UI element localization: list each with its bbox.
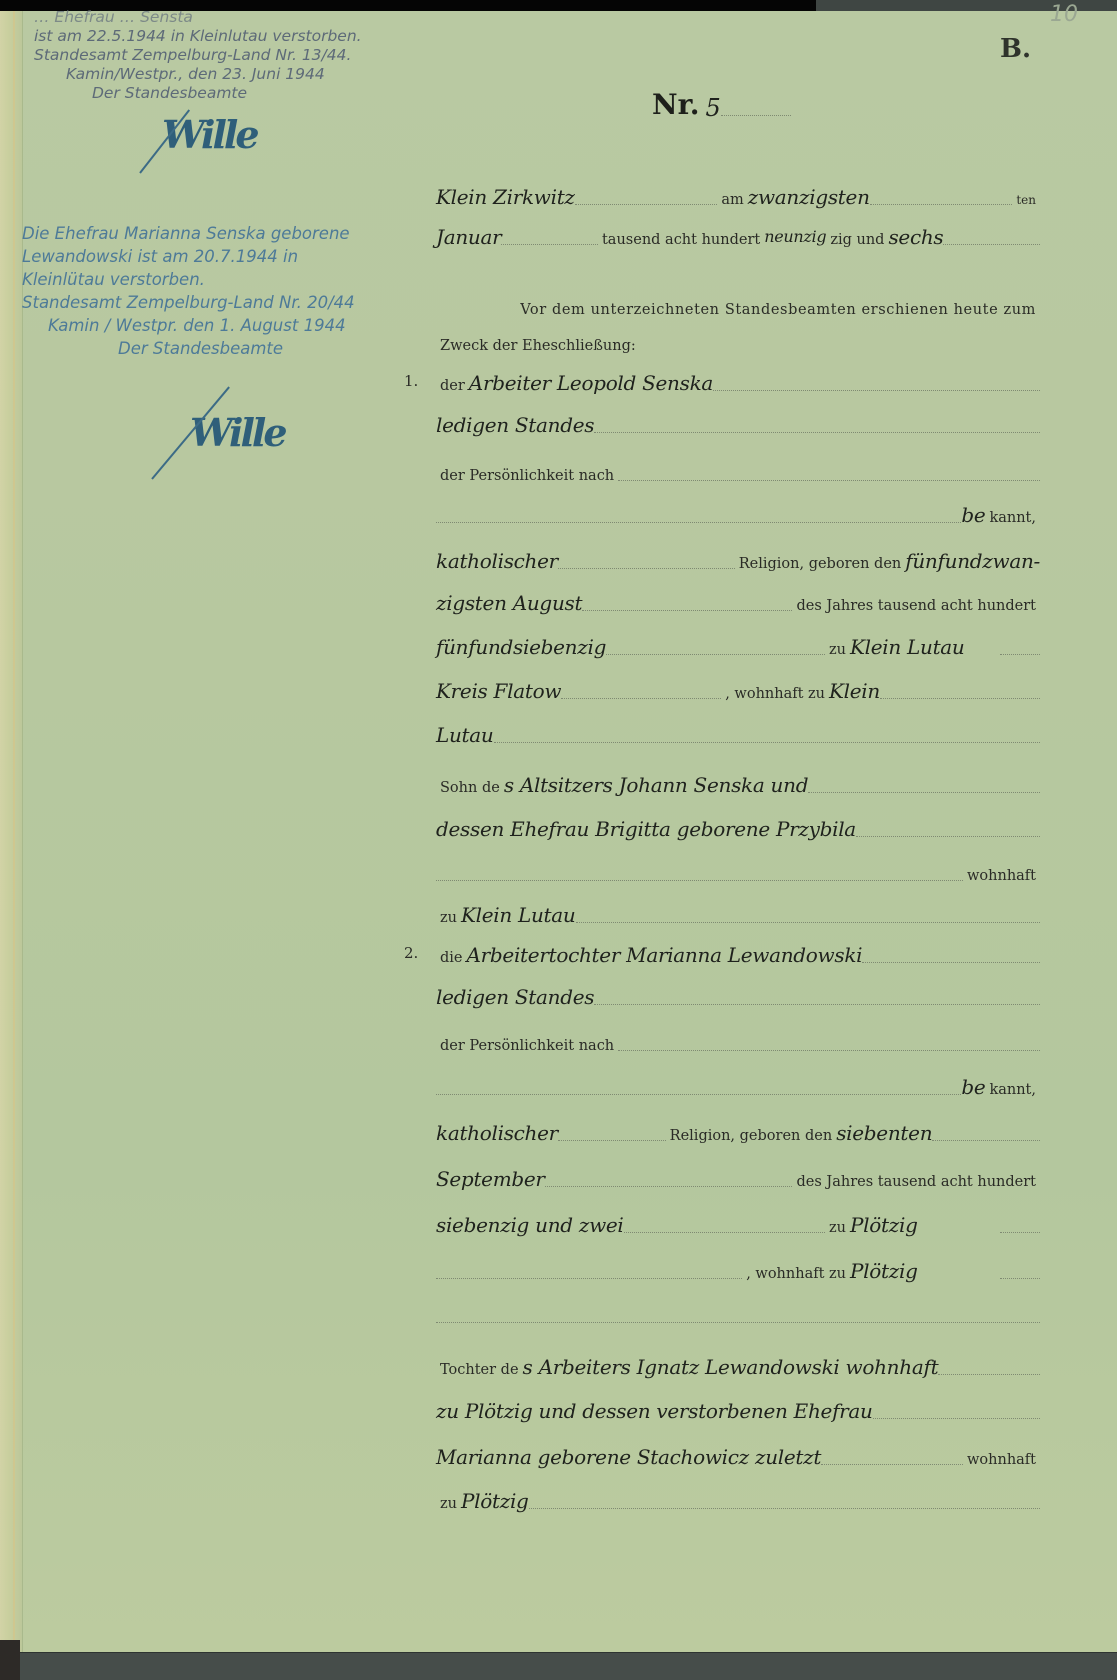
- bride-residence-row: , wohnhaft zu Plötzig: [436, 1250, 1040, 1284]
- identity-label: der Persönlichkeit nach: [436, 466, 618, 486]
- dotted-line: [558, 1139, 666, 1141]
- note-line: ist am 22.5.1944 in Kleinlutau verstorbe…: [34, 27, 434, 46]
- intro-line-2: Zweck der Eheschließung:: [436, 322, 1040, 356]
- year-unit-value: sechs: [888, 224, 943, 250]
- dotted-line: [494, 741, 1040, 743]
- residence-label: , wohnhaft zu: [721, 684, 829, 704]
- kannt-label: kannt,: [985, 1080, 1040, 1100]
- identity-label: der Persönlichkeit nach: [436, 1036, 618, 1056]
- dotted-line: [529, 1507, 1040, 1509]
- dotted-line: [821, 1463, 963, 1465]
- groom-residence-row: Kreis Flatow , wohnhaft zu Klein: [436, 670, 1040, 704]
- dotted-line: [1000, 1277, 1040, 1279]
- bride-birth-year: siebenzig und zwei: [436, 1212, 624, 1238]
- residence-label: , wohnhaft zu: [742, 1264, 850, 1284]
- dotted-line: [436, 879, 963, 881]
- zu-label: zu: [825, 640, 850, 660]
- dotted-line: [561, 697, 721, 699]
- dotted-line: [808, 791, 1040, 793]
- dotted-line: [624, 1231, 825, 1233]
- zu-label: zu: [825, 1218, 850, 1238]
- groom-number: 1.: [404, 372, 418, 390]
- groom-residence: Klein: [829, 678, 880, 704]
- bride-birth-month: September: [436, 1166, 545, 1192]
- place-value: Klein Zirkwitz: [436, 184, 575, 210]
- year-prefix-label: tausend acht hundert: [598, 230, 764, 250]
- dotted-line: [618, 479, 1040, 481]
- groom-religion-row: katholischer Religion, geboren den fünfu…: [436, 540, 1040, 574]
- note-line: Standesamt Zempelburg-Land Nr. 20/44: [22, 291, 442, 314]
- note-line: Kamin / Westpr. den 1. August 1944: [22, 314, 442, 337]
- bride-name-row: die Arbeitertochter Marianna Lewandowski: [436, 934, 1040, 968]
- parents-label: Tochter de: [436, 1360, 523, 1380]
- dotted-line: [436, 1277, 742, 1279]
- year-label: des Jahres tausend acht hundert: [792, 1172, 1040, 1192]
- bride-parents-residence: Plötzig: [461, 1488, 529, 1514]
- groom-residence-cont: Lutau: [436, 722, 494, 748]
- bride-birth-year-row: siebenzig und zwei zu Plötzig: [436, 1204, 1040, 1238]
- groom-residence-row-2: Lutau: [436, 714, 1040, 748]
- month-year-row: Januar tausend acht hundert neunzig zig …: [436, 216, 1040, 250]
- groom-known-row: be kannt,: [436, 494, 1040, 528]
- bride-name: Arbeitertochter Marianna Lewandowski: [467, 942, 863, 968]
- groom-birth-year-row: fünfundsiebenzig zu Klein Lutau: [436, 626, 1040, 660]
- bride-number: 2.: [404, 944, 418, 962]
- bride-identity-row: der Persönlichkeit nach: [436, 1022, 1040, 1056]
- book-corner: [0, 1640, 20, 1680]
- page-bottom-shadow: [20, 1652, 1117, 1680]
- intro-text: Vor dem unterzeichneten Standesbeamten e…: [516, 300, 1040, 320]
- religion-label: Religion, geboren den: [735, 554, 906, 574]
- dotted-line: [1000, 653, 1040, 655]
- dotted-line: [1000, 1231, 1040, 1233]
- dotted-line: [594, 431, 1040, 433]
- groom-name: Arbeiter Leopold Senska: [469, 370, 713, 396]
- dotted-line: [576, 921, 1041, 923]
- nr-value: 5: [700, 95, 721, 121]
- groom-birth-month-row: zigsten August des Jahres tausend acht h…: [436, 582, 1040, 616]
- article-label: die: [436, 948, 467, 968]
- dotted-line: [713, 389, 1040, 391]
- groom-status-row: ledigen Standes: [436, 404, 1040, 438]
- dotted-line: [618, 1049, 1040, 1051]
- groom-parents-residence: Klein Lutau: [461, 902, 576, 928]
- dotted-line: [938, 1373, 1040, 1375]
- bride-status-row: ledigen Standes: [436, 976, 1040, 1010]
- bride-parents-residence-row: Marianna geborene Stachowicz zuletzt woh…: [436, 1436, 1040, 1470]
- dotted-line: [436, 1093, 961, 1095]
- dotted-line: [545, 1185, 793, 1187]
- note-line: Kleinlütau verstorben.: [22, 268, 442, 291]
- groom-identity-row: der Persönlichkeit nach: [436, 452, 1040, 486]
- groom-parents-residence-row: wohnhaft: [436, 852, 1040, 886]
- bride-parents: s Arbeiters Ignatz Lewandowski wohnhaft: [523, 1354, 939, 1380]
- dotted-line: [862, 961, 1040, 963]
- bride-parents-cont: zu Plötzig und dessen verstorbenen Ehefr…: [436, 1398, 873, 1424]
- groom-parents-place-row: zu Klein Lutau: [436, 894, 1040, 928]
- bride-birth-day: siebenten: [836, 1120, 932, 1146]
- am-label: am: [717, 190, 747, 210]
- bride-religion-row: katholischer Religion, geboren den siebe…: [436, 1112, 1040, 1146]
- dotted-line: [721, 114, 791, 116]
- note-line: Der Standesbeamte: [22, 337, 442, 360]
- dotted-line: [594, 1003, 1040, 1005]
- groom-birth-day: fünfundzwan-: [905, 548, 1040, 574]
- intro-line-1: Vor dem unterzeichneten Standesbeamten e…: [436, 286, 1040, 320]
- day-value: zwanzigsten: [748, 184, 870, 210]
- note-line: Der Standesbeamte: [34, 84, 434, 103]
- identity-value: be: [961, 1074, 985, 1100]
- groom-parents-row-2: dessen Ehefrau Brigitta geborene Przybil…: [436, 808, 1040, 842]
- bride-marital-status: ledigen Standes: [436, 984, 594, 1010]
- bride-mother: Marianna geborene Stachowicz zuletzt: [436, 1444, 821, 1470]
- groom-religion: katholischer: [436, 548, 558, 574]
- spine-fold-line: [13, 11, 15, 1651]
- dotted-line: [436, 1321, 1040, 1323]
- dotted-line: [880, 697, 1040, 699]
- bride-birth-month-row: September des Jahres tausend acht hunder…: [436, 1158, 1040, 1192]
- groom-birth-month: zigsten August: [436, 590, 582, 616]
- year-label: des Jahres tausend acht hundert: [792, 596, 1040, 616]
- zig-und-label: zig und: [826, 230, 888, 250]
- dotted-line: [873, 1417, 1040, 1419]
- note-line: Standesamt Zempelburg-Land Nr. 13/44.: [34, 46, 434, 65]
- dotted-line: [856, 835, 1040, 837]
- bride-parents-row-2: zu Plötzig und dessen verstorbenen Ehefr…: [436, 1390, 1040, 1424]
- kannt-label: kannt,: [985, 508, 1040, 528]
- page-number: 10: [1050, 2, 1078, 27]
- note-line: Lewandowski ist am 20.7.1944 in: [22, 245, 442, 268]
- bride-religion: katholischer: [436, 1120, 558, 1146]
- margin-note-death-1: … Ehefrau … Sensta ist am 22.5.1944 in K…: [34, 8, 434, 103]
- identity-value: be: [961, 502, 985, 528]
- groom-district: Kreis Flatow: [436, 678, 561, 704]
- dotted-line: [575, 203, 718, 205]
- form-letter: B.: [1000, 34, 1031, 64]
- bride-birth-place: Plötzig: [850, 1212, 1000, 1238]
- blank-row: [436, 1294, 1040, 1328]
- margin-note-death-2: Die Ehefrau Marianna Senska geborene Lew…: [22, 222, 442, 360]
- dotted-line: [558, 567, 735, 569]
- bride-residence: Plötzig: [850, 1258, 1000, 1284]
- nr-label: Nr.: [652, 88, 700, 121]
- month-value: Januar: [436, 224, 501, 250]
- groom-birth-place: Klein Lutau: [850, 634, 1000, 660]
- place-date-row: Klein Zirkwitz am zwanzigsten ten: [436, 176, 1040, 210]
- zu-label: zu: [436, 1494, 461, 1514]
- groom-parents-cont: dessen Ehefrau Brigitta geborene Przybil…: [436, 816, 856, 842]
- wohnhaft-label: wohnhaft: [963, 1450, 1040, 1470]
- dotted-line: [932, 1139, 1040, 1141]
- book-spine-edge: [0, 11, 23, 1653]
- groom-marital-status: ledigen Standes: [436, 412, 594, 438]
- zu-label: zu: [436, 908, 461, 928]
- dotted-line: [582, 609, 792, 611]
- year-decade-value: neunzig: [764, 224, 826, 250]
- bride-known-row: be kannt,: [436, 1066, 1040, 1100]
- registrar-signature-1: Wille: [162, 112, 257, 157]
- note-line: Die Ehefrau Marianna Senska geborene: [22, 222, 442, 245]
- groom-birth-year: fünfundsiebenzig: [436, 634, 606, 660]
- parents-label: Sohn de: [436, 778, 504, 798]
- record-number: Nr. 5: [652, 88, 791, 121]
- dotted-line: [501, 243, 598, 245]
- dotted-line: [606, 653, 825, 655]
- religion-label: Religion, geboren den: [666, 1126, 837, 1146]
- article-label: der: [436, 376, 469, 396]
- groom-parents-row: Sohn de s Altsitzers Johann Senska und: [436, 764, 1040, 798]
- dotted-line: [436, 521, 961, 523]
- bride-parents-place-row: zu Plötzig: [436, 1480, 1040, 1514]
- bride-parents-row: Tochter de s Arbeiters Ignatz Lewandowsk…: [436, 1346, 1040, 1380]
- wohnhaft-label: wohnhaft: [963, 866, 1040, 886]
- ten-label: ten: [1012, 190, 1040, 210]
- note-line: … Ehefrau … Sensta: [34, 8, 434, 27]
- groom-parents: s Altsitzers Johann Senska und: [504, 772, 808, 798]
- intro-text: Zweck der Eheschließung:: [436, 336, 640, 356]
- dotted-line: [870, 203, 1013, 205]
- note-line: Kamin/Westpr., den 23. Juni 1944: [34, 65, 434, 84]
- groom-name-row: der Arbeiter Leopold Senska: [436, 362, 1040, 396]
- dotted-line: [943, 243, 1040, 245]
